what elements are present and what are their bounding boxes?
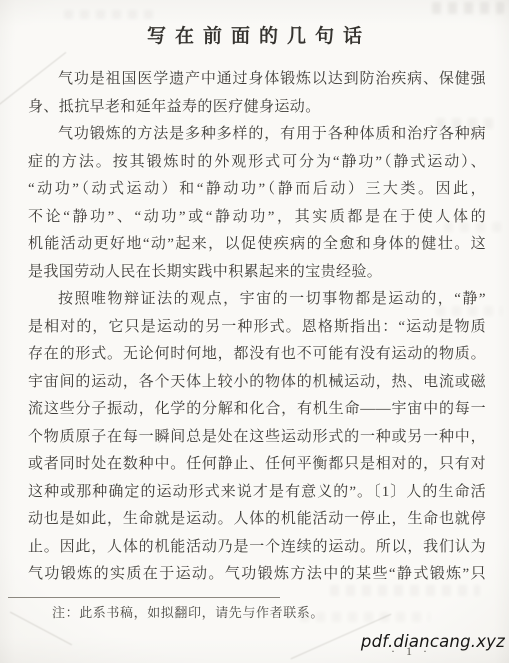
body-line: “动功”（动式运动）和“静动功”（静而后动）三大类。因此， [28,176,486,204]
body-line: 身、抵抗早老和延年益寿的医疗健身运动。 [28,94,486,122]
body-text: 气功是祖国医学遗产中通过身体锻炼以达到防治疾病、保健强 身、抵抗早老和延年益寿的… [28,66,486,589]
body-line: 不论“静功”、“动功”或“静动功”，其实质都是在于使人体的 [28,204,486,232]
body-line: 按照唯物辩证法的观点，宇宙的一切事物都是运动的，“静” [28,286,486,314]
body-line: 气功锻炼的方法是多种多样的，有用于各种体质和治疗各种病 [28,121,486,149]
body-line: 或者同时处在数种中。任何静止、任何平衡都只是相对的，只有对 [28,451,486,479]
footnote-text: 注：此系书稿，如拟翻印，请先与作者联系。 [52,604,472,622]
body-line: 止。因此，人体的机能活动乃是一个连续的运动。所以，我们认为 [28,534,486,562]
page-title: 写在前面的几句话 [0,21,509,48]
body-line: 机能活动更好地“动”起来，以促使疾病的全愈和身体的健壮。这 [28,231,486,259]
body-line: 气功是祖国医学遗产中通过身体锻炼以达到防治疾病、保健强 [28,66,486,94]
bleed-through-smudge [64,10,154,19]
body-line: 个物质原子在每一瞬间总是处在这些运动形式的一种或另一种中， [28,424,486,452]
body-line: 气功锻炼的实质在于运动。气功锻炼方法中的某些“静式锻炼”只 [28,561,486,589]
scanned-book-page: 写在前面的几句话 气功是祖国医学遗产中通过身体锻炼以达到防治疾病、保健强 身、抵… [0,0,509,663]
footnote-separator [8,597,280,598]
body-line: 是我国劳动人民在长期实践中积累起来的宝贵经验。 [28,259,486,287]
body-line: 症的方法。按其锻炼时的外观形式可分为“静功”（静式运动）、 [28,149,486,177]
body-line: 这种或那种确定的运动形式来说才是有意义的”。〔1〕人的生命活 [28,479,486,507]
watermark-text: pdf.diancang.xyz [361,632,505,651]
bleed-through-smudge [432,2,504,14]
body-line: 是相对的，它只是运动的另一种形式。恩格斯指出：“运动是物质 [28,314,486,342]
body-line: 流这些分子振动，化学的分解和化合，有机生命——宇宙中的每一 [28,396,486,424]
body-line: 宇宙间的运动，各个天体上较小的物体的机械运动，热、电流或磁 [28,369,486,397]
body-line: 动也是如此，生命就是运动。人体的机能活动一停止，生命也就停 [28,506,486,534]
body-line: 存在的形式。无论何时何地，都没有也不可能有没有运动的物质。 [28,341,486,369]
